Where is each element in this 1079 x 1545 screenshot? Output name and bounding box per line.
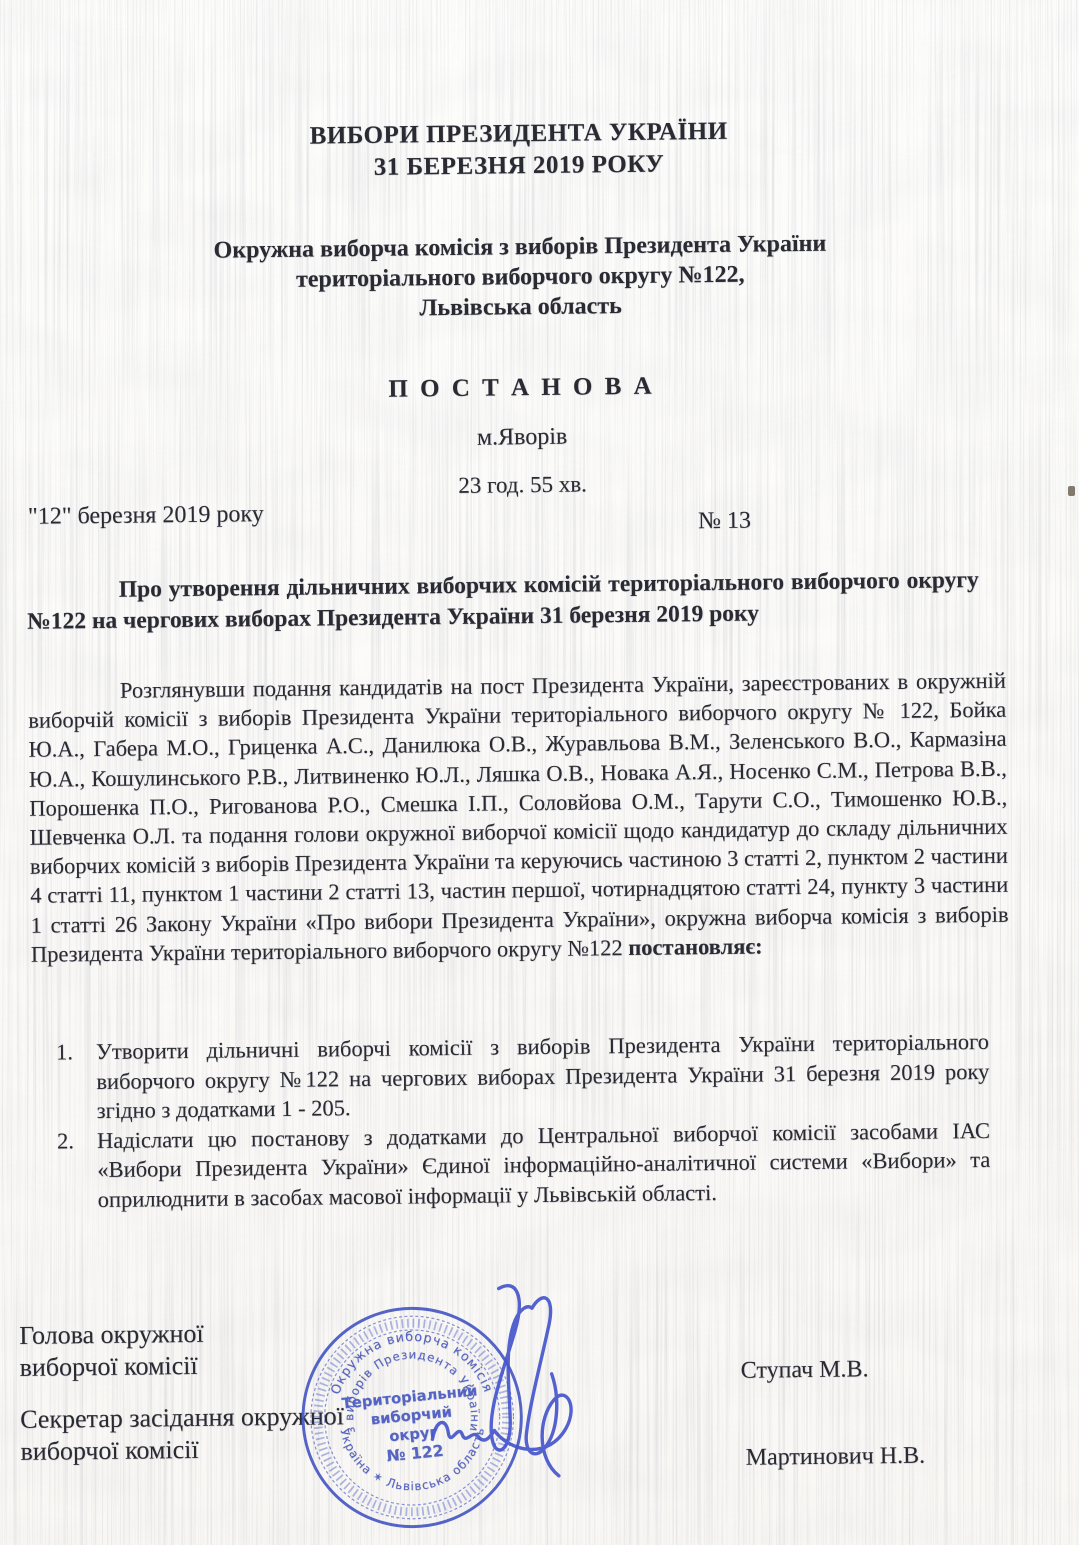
signatory-name-secretary: Мартинович Н.В. [746,1443,926,1472]
date-line: "12" березня 2019 року [28,501,264,531]
subject-heading: Про утворення дільничних виборчих комісі… [27,565,980,638]
document-content: ВИБОРИ ПРЕЗИДЕНТА УКРАЇНИ 31 БЕРЕЗНЯ 201… [0,0,1079,1545]
resolution-text: Надіслати цю постанову з додатками до Це… [97,1115,991,1214]
body-paragraph: Розглянувши подання кандидатів на пост П… [28,666,1009,969]
election-title: ВИБОРИ ПРЕЗИДЕНТА УКРАЇНИ 31 БЕРЕЗНЯ 201… [0,112,1044,188]
time-line: 23 год. 55 хв. [0,466,1048,504]
document-type-heading: П О С Т А Н О В А [0,368,1047,408]
resolution-item: 2. Надіслати цю постанову з додатками до… [33,1115,991,1214]
resolution-item: 1. Утворити дільничні виборчі комісії з … [32,1027,990,1126]
signatory-name-head: Ступач М.В. [741,1356,869,1384]
scan-artifact-speck [1068,486,1075,496]
body-bold-text: постановляє: [628,933,763,960]
commission-name: Окружна виборча комісія з виборів Презид… [0,226,1046,328]
resolution-number: 1. [56,1037,73,1067]
resolutions-list: 1. Утворити дільничні виборчі комісії з … [32,1027,991,1215]
place-line: м.Яворів [0,418,1047,457]
signature-stroke-tail [494,1395,572,1477]
signatory-role-head: Голова окружної виборчої комісії [19,1318,204,1384]
handwritten-signature [403,1276,586,1508]
scanned-document-page: ВИБОРИ ПРЕЗИДЕНТА УКРАЇНИ 31 БЕРЕЗНЯ 201… [0,0,1079,1545]
signature-stroke-letters [432,1422,494,1441]
document-number: № 13 [698,508,751,536]
resolution-number: 2. [57,1126,74,1156]
resolution-text: Утворити дільничні виборчі комісії з виб… [96,1027,990,1126]
body-main-text: Розглянувши подання кандидатів на пост П… [28,668,1009,967]
